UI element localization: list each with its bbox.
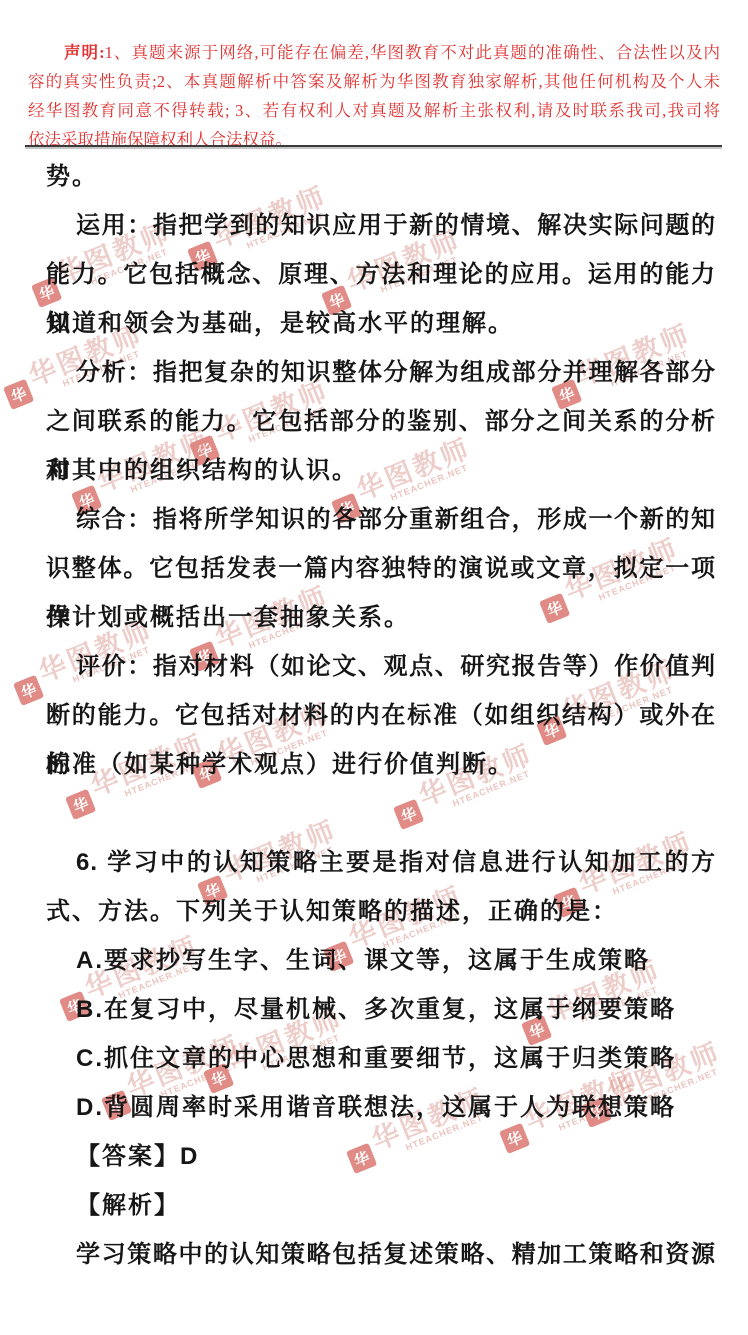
text-line: 能力。它包括概念、原理、方法和理论的应用。运用的能力以 [46, 250, 716, 299]
text-line: 之间联系的能力。它包括部分的鉴别、部分之间关系的分析和 [46, 397, 716, 446]
text-line: 断的能力。它包括对材料的内在标准（如组织结构）或外在的 [46, 691, 716, 740]
document-body: 势。运用：指把学到的知识应用于新的情境、解决实际问题的能力。它包括概念、原理、方… [46, 152, 716, 1279]
section-divider [25, 145, 722, 147]
disclaimer-line: 经华图教育同意不得转载; 3、若有权利人对真题及解析主张权利,请及时联系我司,我… [28, 96, 720, 125]
text-line: B.在复习中，尽量机械、多次重复，这属于纲要策略 [46, 985, 716, 1034]
disclaimer-line: 依法采取措施保障权利人合法权益。 [28, 125, 720, 154]
text-line: C.抓住文章的中心思想和重要细节，这属于归类策略 [46, 1034, 716, 1083]
text-line: 对其中的组织结构的认识。 [46, 446, 716, 495]
text-line: 【答案】D [46, 1132, 716, 1181]
disclaimer-prefix: 声明: [64, 43, 105, 62]
text-line: 式、方法。下列关于认知策略的描述，正确的是： [46, 887, 716, 936]
huatu-logo-icon: 华 [13, 675, 44, 706]
disclaimer: 声明:1、真题来源于网络,可能存在偏差,华图教育不对此真题的准确性、合法性以及内… [28, 38, 720, 154]
text-line: 识整体。它包括发表一篇内容独特的演说或文章，拟定一项操 [46, 544, 716, 593]
text-line: 标准（如某种学术观点）进行价值判断。 [46, 740, 716, 789]
text-line: 综合：指将所学知识的各部分重新组合，形成一个新的知 [46, 495, 716, 544]
text-line: 学习策略中的认知策略包括复述策略、精加工策略和资源 [46, 1230, 716, 1279]
text-line: 分析：指把复杂的知识整体分解为组成部分并理解各部分 [46, 348, 716, 397]
disclaimer-text: 1、真题来源于网络,可能存在偏差,华图教育不对此真题的准确性、合法性以及内 [105, 43, 720, 62]
document-page: 华华图教师HTEACHER.NET华华图教师HTEACHER.NET华华图教师H… [0, 0, 748, 1335]
text-line: 评价：指对材料（如论文、观点、研究报告等）作价值判 [46, 642, 716, 691]
disclaimer-line: 容的真实性负责;2、本真题解析中答案及解析为华图教育独家解析,其他任何机构及个人… [28, 67, 720, 96]
text-line: 【解析】 [46, 1181, 716, 1230]
text-line: A.要求抄写生字、生词、课文等，这属于生成策略 [46, 936, 716, 985]
text-line: 势。 [46, 152, 716, 201]
text-line: D.背圆周率时采用谐音联想法，这属于人为联想策略 [46, 1083, 716, 1132]
disclaimer-line: 声明:1、真题来源于网络,可能存在偏差,华图教育不对此真题的准确性、合法性以及内 [28, 38, 720, 67]
text-line: 作计划或概括出一套抽象关系。 [46, 593, 716, 642]
huatu-logo-icon: 华 [3, 379, 34, 410]
text-line: 6. 学习中的认知策略主要是指对信息进行认知加工的方 [46, 838, 716, 887]
text-line: 知道和领会为基础，是较高水平的理解。 [46, 299, 716, 348]
text-line: 运用：指把学到的知识应用于新的情境、解决实际问题的 [46, 201, 716, 250]
blank-line [46, 789, 716, 838]
